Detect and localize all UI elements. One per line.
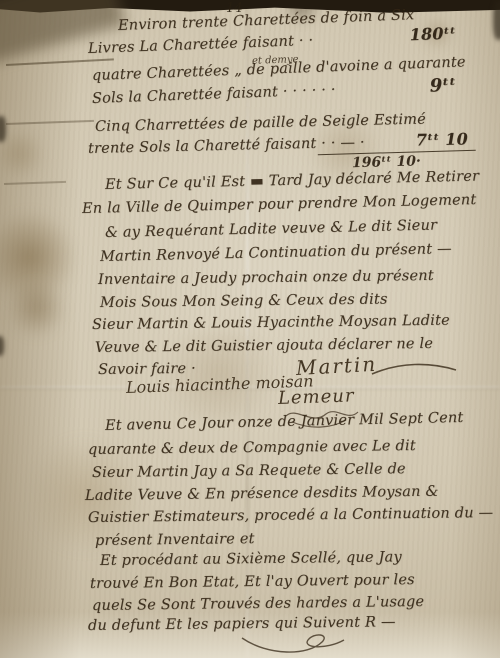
line-text: Inventaire a Jeudy prochain onze du prés… [98, 268, 434, 288]
line-text: Sieur Martin Jay a Sa Requete & Celle de [92, 461, 406, 481]
line-text: Martin Renvoyé La Continuation du présen… [100, 241, 452, 265]
line-text: Veuve & Le dit Guistier ajouta déclarer … [95, 336, 433, 356]
line-amount: 7ᵗᵗ 10 [416, 129, 468, 149]
manuscript-line: Et procédant au Sixième Scellé, que Jay [100, 549, 402, 569]
line-text: quarante & deux de Compagnie avec Le dit [88, 438, 416, 458]
manuscript-line: Inventaire a Jeudy prochain onze du prés… [98, 268, 434, 288]
manuscript-line: Sols la Charettée faisant · · · · · ·9ᵗᵗ [92, 82, 336, 107]
manuscript-line: Livres La Charettée faisant · ·180ᵗᵗ [88, 33, 314, 57]
line-text: Ladite Veuve & En présence desdits Moysa… [85, 484, 439, 504]
line-amount: 9ᵗᵗ [429, 75, 456, 97]
handwriting-layer: 14 et demye Environ trente Charettées de… [0, 0, 500, 658]
line-text: & ay Requérant Ladite veuve & Le dit Sie… [105, 217, 438, 241]
manuscript-line: présent Inventaire et [95, 531, 255, 549]
line-text: quels Se Sont Trouvés des hardes a L'usa… [92, 594, 424, 614]
manuscript-line: Veuve & Le dit Guistier ajouta déclarer … [95, 336, 433, 356]
line-text: Cinq Charrettées de paille de Seigle Est… [95, 111, 426, 135]
manuscript-line: Et avenu Ce Jour onze de Janvier Mil Sep… [105, 410, 464, 434]
manuscript-line: Martin Renvoyé La Continuation du présen… [100, 241, 452, 265]
line-text: Environ trente Charettées de foin a Six [118, 7, 415, 34]
manuscript-line: quarante & deux de Compagnie avec Le dit [88, 438, 416, 458]
margin-rule [6, 120, 94, 125]
manuscript-line: Et Sur Ce qu'il Est ▬ Tard Jay déclaré M… [105, 169, 480, 193]
margin-rule [4, 181, 66, 185]
line-text: Mois Sous Mon Seing & Ceux des dits [100, 291, 388, 311]
line-text: présent Inventaire et [95, 531, 255, 549]
signature-martin: Martin [295, 352, 377, 380]
margin-rule [6, 58, 114, 65]
manuscript-line: Cinq Charrettées de paille de Seigle Est… [95, 111, 426, 135]
line-text: Guistier Estimateurs, procedé a la Conti… [88, 505, 493, 526]
signature-martin-flourish [370, 360, 460, 380]
manuscript-line: Environ trente Charettées de foin a Six [118, 7, 415, 34]
closing-flourish [238, 630, 348, 656]
line-text: Livres La Charettée faisant · · [88, 33, 314, 57]
page-number: 14 [226, 1, 243, 16]
line-text: En la Ville de Quimper pour prendre Mon … [82, 192, 477, 217]
line-amount: 180ᵗᵗ [409, 24, 456, 45]
manuscript-line: En la Ville de Quimper pour prendre Mon … [82, 192, 477, 217]
manuscript-line: Ladite Veuve & En présence desdits Moysa… [85, 484, 439, 504]
line-text: Et procédant au Sixième Scellé, que Jay [100, 549, 402, 569]
manuscript-line: Guistier Estimateurs, procedé a la Conti… [88, 505, 493, 526]
line-text: Et avenu Ce Jour onze de Janvier Mil Sep… [105, 410, 464, 434]
manuscript-line: trouvé En Bon Etat, Et l'ay Ouvert pour … [90, 572, 415, 592]
manuscript-line: Sieur Martin & Louis Hyacinthe Moysan La… [92, 313, 450, 333]
manuscript-line: Mois Sous Mon Seing & Ceux des dits [100, 291, 388, 311]
manuscript-photo: 14 et demye Environ trente Charettées de… [0, 0, 500, 658]
manuscript-line: Sieur Martin Jay a Sa Requete & Celle de [92, 461, 406, 481]
manuscript-line: quels Se Sont Trouvés des hardes a L'usa… [92, 594, 424, 614]
line-text: Sieur Martin & Louis Hyacinthe Moysan La… [92, 313, 450, 333]
line-text: trouvé En Bon Etat, Et l'ay Ouvert pour … [90, 572, 415, 592]
line-text: Et Sur Ce qu'il Est ▬ Tard Jay déclaré M… [105, 169, 480, 193]
manuscript-line: & ay Requérant Ladite veuve & Le dit Sie… [105, 217, 438, 241]
line-text: Sols la Charettée faisant · · · · · · [92, 82, 336, 107]
